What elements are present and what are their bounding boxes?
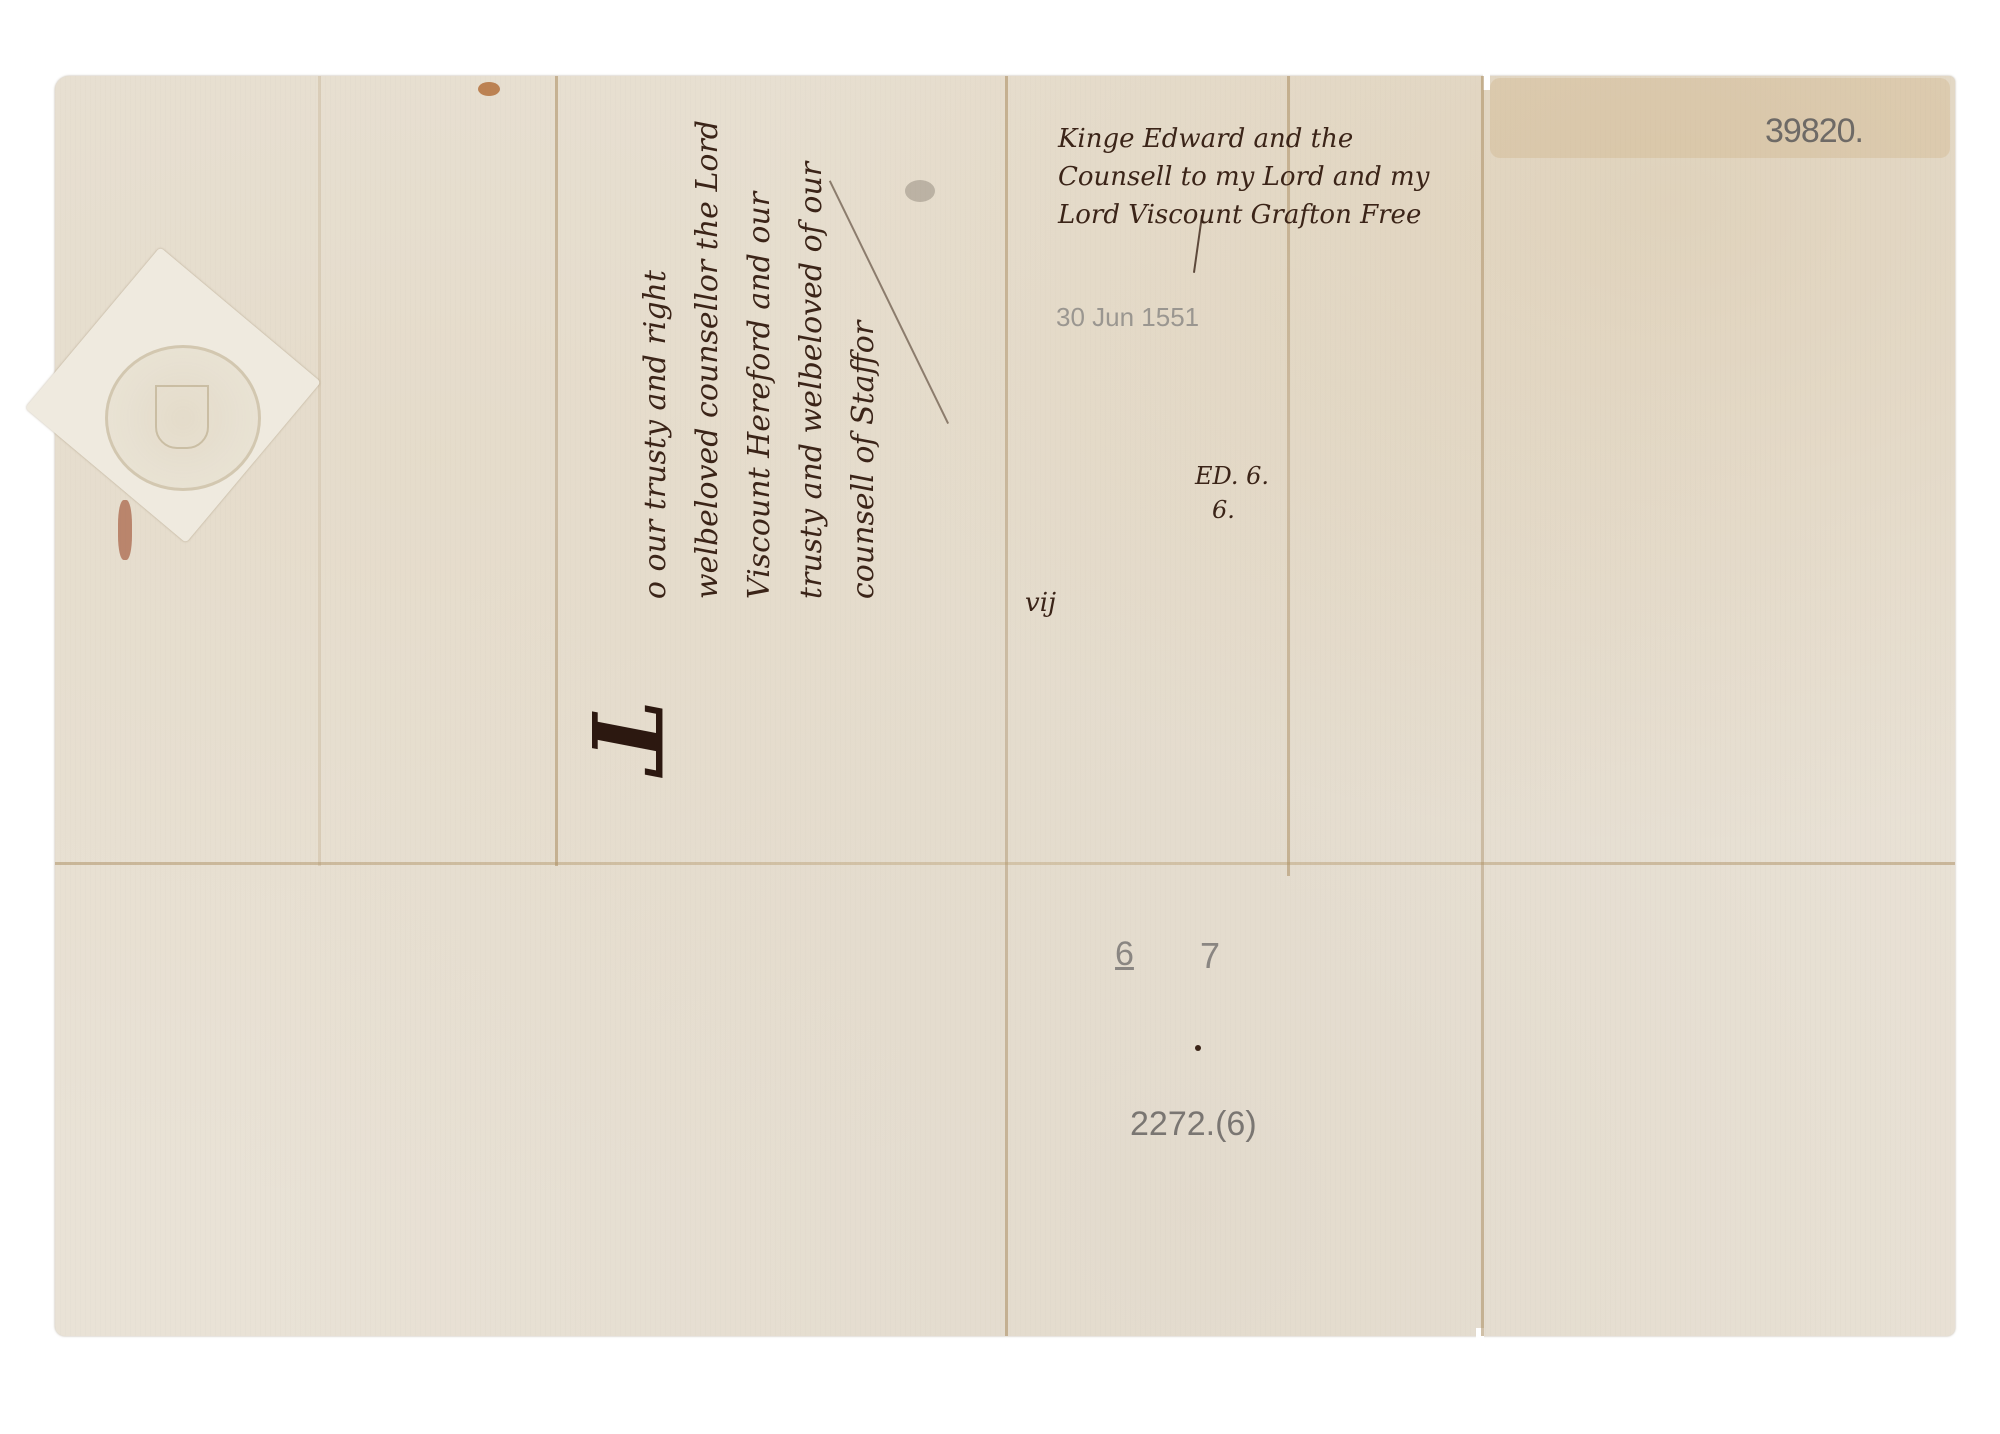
pencil-mark-left: 6 bbox=[1115, 935, 1134, 974]
decorated-initial: T bbox=[569, 701, 682, 772]
inscription-line: welbeloved counsellor the Lord bbox=[682, 120, 734, 599]
seal-red-stain bbox=[118, 500, 132, 560]
top-right-discoloration bbox=[1490, 78, 1950, 158]
fold-line-vertical-3 bbox=[1005, 76, 1008, 1336]
address-line: Lord Viscount Grafton Free bbox=[1058, 196, 1429, 234]
ink-smudge bbox=[905, 180, 935, 202]
fold-line-horizontal bbox=[55, 862, 1955, 865]
seal-shield-icon bbox=[155, 385, 209, 449]
inscription-line: counsell of Staffor bbox=[838, 120, 890, 599]
address-block: Kinge Edward and the Counsell to my Lord… bbox=[1058, 120, 1429, 234]
address-line: Counsell to my Lord and my bbox=[1058, 158, 1429, 196]
fold-line-vertical-5 bbox=[1481, 76, 1484, 1336]
pencil-mark-right: 7 bbox=[1200, 935, 1220, 977]
inscription-line: trusty and welbeloved of our bbox=[786, 120, 838, 599]
catalogue-number: 39820. bbox=[1765, 112, 1863, 151]
ink-dot bbox=[1195, 1045, 1201, 1051]
fold-line-vertical-1 bbox=[318, 76, 321, 866]
shelfmark: 2272.(6) bbox=[1130, 1105, 1257, 1144]
pencil-date: 30 Jun 1551 bbox=[1056, 302, 1199, 333]
inscription-line: Viscount Hereford and our bbox=[734, 120, 786, 599]
panel-gap-top bbox=[1483, 70, 1490, 90]
regnal-mark-line2: 6. bbox=[1212, 496, 1235, 524]
vertical-inscription: counsell of Staffor trusty and welbelove… bbox=[630, 120, 890, 599]
inscription-line: o our trusty and right bbox=[630, 120, 682, 599]
rust-stain-top bbox=[478, 82, 500, 96]
fold-line-vertical-2 bbox=[555, 76, 558, 866]
regnal-mark-line1: ED. 6. bbox=[1195, 462, 1269, 490]
folio-mark: vij bbox=[1025, 588, 1056, 618]
address-line: Kinge Edward and the bbox=[1058, 120, 1429, 158]
